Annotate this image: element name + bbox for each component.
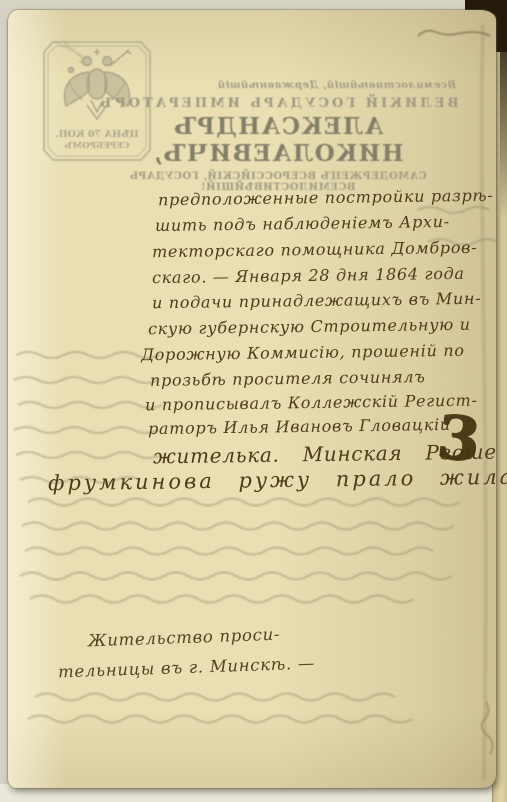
ink-squiggle-top bbox=[418, 31, 490, 36]
manuscript-line: текторскаго помощника Домбров- bbox=[152, 238, 477, 262]
manuscript-line: предположенные постройки разрѣ- bbox=[158, 186, 494, 210]
sheet-number: 3 bbox=[434, 402, 483, 476]
header-line-emperor-title: ВЕЛИКІЙ ГОСУДАРЬ ИМПЕРАТОРЪ bbox=[92, 96, 464, 111]
header-line-epithets: Всемилостивѣйшій, Державнѣйшій bbox=[92, 80, 464, 91]
manuscript-line: скаго. — Января 28 дня 1864 года bbox=[152, 264, 465, 287]
marginal-note-line: Жительство проси- bbox=[88, 625, 281, 651]
manuscript-line: прозьбѣ просителя сочинялъ bbox=[150, 367, 426, 390]
page-background: { "page": { "stamp": { "eagle_icon": "im… bbox=[0, 0, 507, 802]
manuscript-line: шить подъ наблюденіемъ Архи- bbox=[155, 212, 450, 235]
header-line-emperor-name: АЛЕКСАНДРЪ НИКОЛАЕВИЧЪ, bbox=[92, 113, 464, 167]
manuscript-line: раторъ Илья Ивановъ Гловацкій bbox=[148, 415, 451, 438]
archival-page: ЦѢНА 70 КОП. СЕРЕБРОМЪ Всемилостивѣйшій,… bbox=[8, 10, 496, 788]
manuscript-line: скую губернскую Строительную и bbox=[148, 315, 471, 339]
manuscript-line: Дорожную Коммисію, прошеній по bbox=[141, 341, 465, 365]
binding-thread bbox=[482, 702, 493, 754]
dark-edge-shadow bbox=[500, 40, 507, 220]
manuscript-line: и подачи принадлежащихъ въ Мин- bbox=[152, 289, 482, 313]
crease-line bbox=[482, 25, 486, 780]
marginal-note-line: тельницы въ г. Минскѣ. — bbox=[58, 654, 316, 682]
printed-header: Всемилостивѣйшій, Державнѣйшій ВЕЛИКІЙ Г… bbox=[92, 80, 464, 193]
manuscript-line: и прописывалъ Коллежскій Регист- bbox=[145, 391, 478, 415]
